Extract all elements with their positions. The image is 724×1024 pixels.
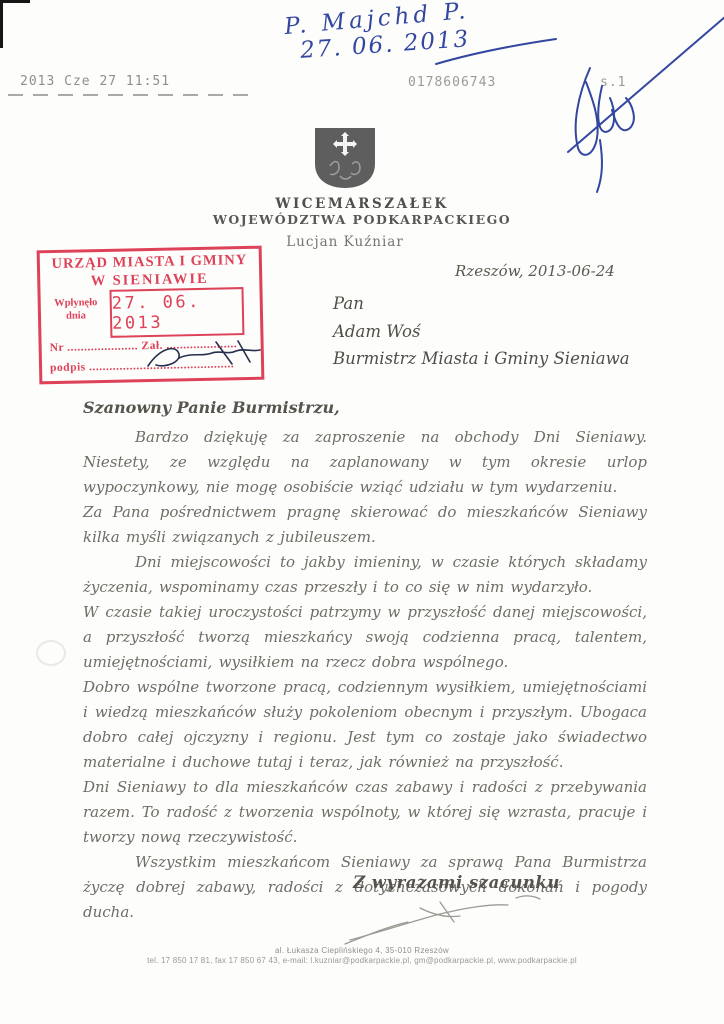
letterhead-name: Lucjan Kuźniar (0, 234, 707, 250)
ink-monogram-descender (597, 140, 602, 192)
ink-monogram-loop2 (598, 86, 614, 132)
ink-monogram-loop3 (612, 98, 634, 130)
footer-contacts: tel. 17 850 17 81, fax 17 850 67 43, e-m… (0, 956, 724, 965)
letterhead-subtitle: WOJEWÓDZTWA PODKARPACKIEGO (0, 212, 724, 227)
recipient-line1: Pan (333, 290, 630, 318)
body-paragraph-4: W czasie takiej uroczystości patrzymy w … (83, 600, 647, 675)
recipient-block: Pan Adam Woś Burmistrz Miasta i Gminy Si… (333, 290, 630, 373)
letter-body: Szanowny Panie Burmistrzu, Bardzo dzięku… (83, 398, 647, 925)
body-paragraph-3: Dni miejscowości to jakby imieniny, w cz… (83, 550, 647, 600)
fax-header-page-number: s.1 (600, 75, 626, 90)
recipient-line3: Burmistrz Miasta i Gminy Sieniawa (333, 345, 630, 373)
footer-address: al. Łukasza Cieplińskiego 4, 35-010 Rzes… (0, 946, 724, 955)
body-paragraph-2: Za Pana pośrednictwem pragnę skierować d… (83, 500, 647, 550)
stamp-date-box: 27. 06. 2013 (109, 287, 244, 338)
ink-stroke-diagonal (568, 4, 724, 152)
scan-artifact-ring (36, 640, 66, 666)
letterhead-title: WICEMARSZAŁEK (0, 196, 724, 212)
fax-header-dashed-underline (8, 94, 256, 96)
scan-artifact-top-edge (0, 0, 30, 3)
stamp-signature (120, 332, 280, 384)
sender-signature (320, 888, 560, 948)
dateline: Rzeszów, 2013-06-24 (455, 262, 615, 280)
stamp-date: 27. 06. 2013 (112, 291, 243, 334)
fax-header-id: 0178606743 (408, 75, 496, 90)
fax-header-datetime: 2013 Cze 27 11:51 (20, 74, 170, 89)
body-paragraph-1: Bardzo dziękuję za zaproszenie na obchod… (83, 425, 647, 500)
body-paragraph-6: Dni Sieniawy to dla mieszkańców czas zab… (83, 775, 647, 850)
salutation: Szanowny Panie Burmistrzu, (83, 398, 647, 417)
ink-monogram-loop1 (576, 68, 598, 155)
coat-of-arms (312, 126, 378, 190)
recipient-line2: Adam Woś (333, 318, 630, 346)
stamp-received-label: Wpłynęło dnia (44, 296, 109, 323)
scan-artifact-left-edge (0, 0, 3, 48)
body-paragraph-5: Dobro wspólne tworzone pracą, codziennym… (83, 675, 647, 775)
